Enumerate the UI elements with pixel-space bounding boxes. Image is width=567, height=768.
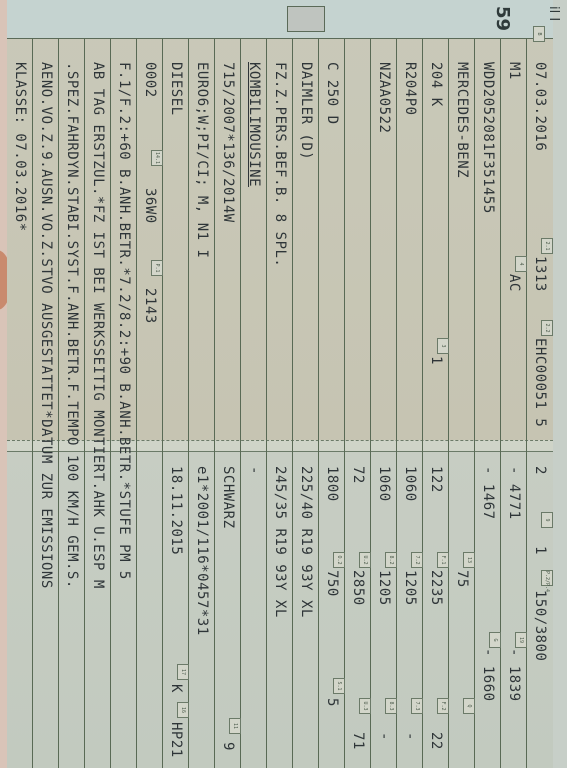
vin: WDD2052081F351455 xyxy=(475,62,501,214)
field-row-body: KOMBILIMOUSINE xyxy=(240,38,267,768)
emission-code: 36W0 xyxy=(137,188,163,224)
manufacturer-key: 1313 xyxy=(527,256,553,292)
field-code: 3 xyxy=(437,338,449,354)
field-row-v9: 715/2007*136/2014W xyxy=(214,38,241,768)
emission-regulation: 715/2007*136/2014W xyxy=(215,62,241,223)
field-row-d2: R204P0 xyxy=(396,38,423,768)
field-code: 14.1 xyxy=(151,150,163,166)
body-description: KOMBILIMOUSINE xyxy=(241,62,267,187)
field-row-2: DAIMLER (D) xyxy=(292,38,319,768)
field-row-empty xyxy=(344,38,371,768)
field-code: 2.1 xyxy=(541,238,553,254)
remarks-line: F.1/F.2:+60 B.ANH.BETR.*7.2/8.2:+90 B.AN… xyxy=(111,62,137,580)
emission-class: EURO6;W;PI/CI; M, N1 I xyxy=(189,62,215,258)
remarks-row-3: .SPEZ.FAHRDYN.STABI.SYST.F.ANH.BETR.F.TE… xyxy=(58,38,85,768)
remarks-line: KLASSE: 07.03.2016* xyxy=(7,62,33,232)
remarks-row-1: F.1/F.2:+60 B.ANH.BETR.*7.2/8.2:+90 B.AN… xyxy=(110,38,137,768)
trade-name: C 250 D xyxy=(319,62,345,125)
make: MERCEDES-BENZ xyxy=(449,62,475,178)
type-key: EHC00051 5 xyxy=(527,338,553,427)
field-row-b: B 07.03.2016 2.1 1313 2.2 EHC00051 5 xyxy=(526,38,553,768)
remarks-row-5: KLASSE: 07.03.2016* xyxy=(7,38,33,768)
displacement: 2143 xyxy=(137,288,163,324)
field-row-version: NZAA0522 xyxy=(370,38,397,768)
document-title-fragment: il I xyxy=(546,6,561,21)
remarks-row-2: AB TAG ERSTZUL.*FZ IST BEI WERKSSEITIG M… xyxy=(84,38,111,768)
body-type: AC xyxy=(501,274,527,292)
first-registration-date: 07.03.2016 xyxy=(527,62,553,151)
vehicle-category: FZ.Z.PERS.BEF.B. 8 SPL. xyxy=(267,62,293,267)
field-row-type: 204 K 3 1 xyxy=(422,38,449,768)
fuel-code: 0002 xyxy=(137,62,163,98)
remarks-line: AENO.VO.Z.9.AUSN.VO.Z.STVO AUSGESTATTET*… xyxy=(33,62,59,589)
field-row-p3: DIESEL xyxy=(162,38,189,768)
document-body: il I 59 B 07.03.2016 2.1 1313 2.2 EHC000… xyxy=(7,0,553,768)
type: 204 K xyxy=(423,62,449,107)
check-digit: 1 xyxy=(423,356,449,365)
field-code: 4 xyxy=(515,256,527,272)
stamp-box xyxy=(287,6,325,32)
variant: R204P0 xyxy=(397,62,423,116)
vehicle-class: M1 xyxy=(501,62,527,80)
manufacturer: DAIMLER (D) xyxy=(293,62,319,160)
remarks-row-4: AENO.VO.Z.9.AUSN.VO.Z.STVO AUSGESTATTET*… xyxy=(32,38,59,768)
registration-document: il I 59 B 07.03.2016 2.1 1313 2.2 EHC000… xyxy=(0,0,567,768)
document-top-edge xyxy=(553,0,567,768)
fuel-type: DIESEL xyxy=(163,62,189,116)
field-row-e: WDD2052081F351455 xyxy=(474,38,501,768)
field-row-5: FZ.Z.PERS.BEF.B. 8 SPL. xyxy=(266,38,293,768)
field-row-d1: MERCEDES-BENZ xyxy=(448,38,475,768)
field-row-j: M1 4 AC xyxy=(500,38,527,768)
field-row-14: EURO6;W;PI/CI; M, N1 I xyxy=(188,38,215,768)
field-code: 2.2 xyxy=(541,320,553,336)
field-row-10: 0002 14.1 36W0 P.1 2143 xyxy=(136,38,163,768)
version: NZAA0522 xyxy=(371,62,397,133)
document-number-fragment: 59 xyxy=(492,6,513,31)
field-code: P.1 xyxy=(151,260,163,276)
remarks-line: .SPEZ.FAHRDYN.STABI.SYST.F.ANH.BETR.F.TE… xyxy=(59,62,85,589)
field-code: B xyxy=(533,26,545,42)
field-row-d3: C 250 D xyxy=(318,38,345,768)
remarks-line: AB TAG ERSTZUL.*FZ IST BEI WERKSSEITIG M… xyxy=(85,62,111,589)
document-header: il I 59 xyxy=(7,0,553,39)
